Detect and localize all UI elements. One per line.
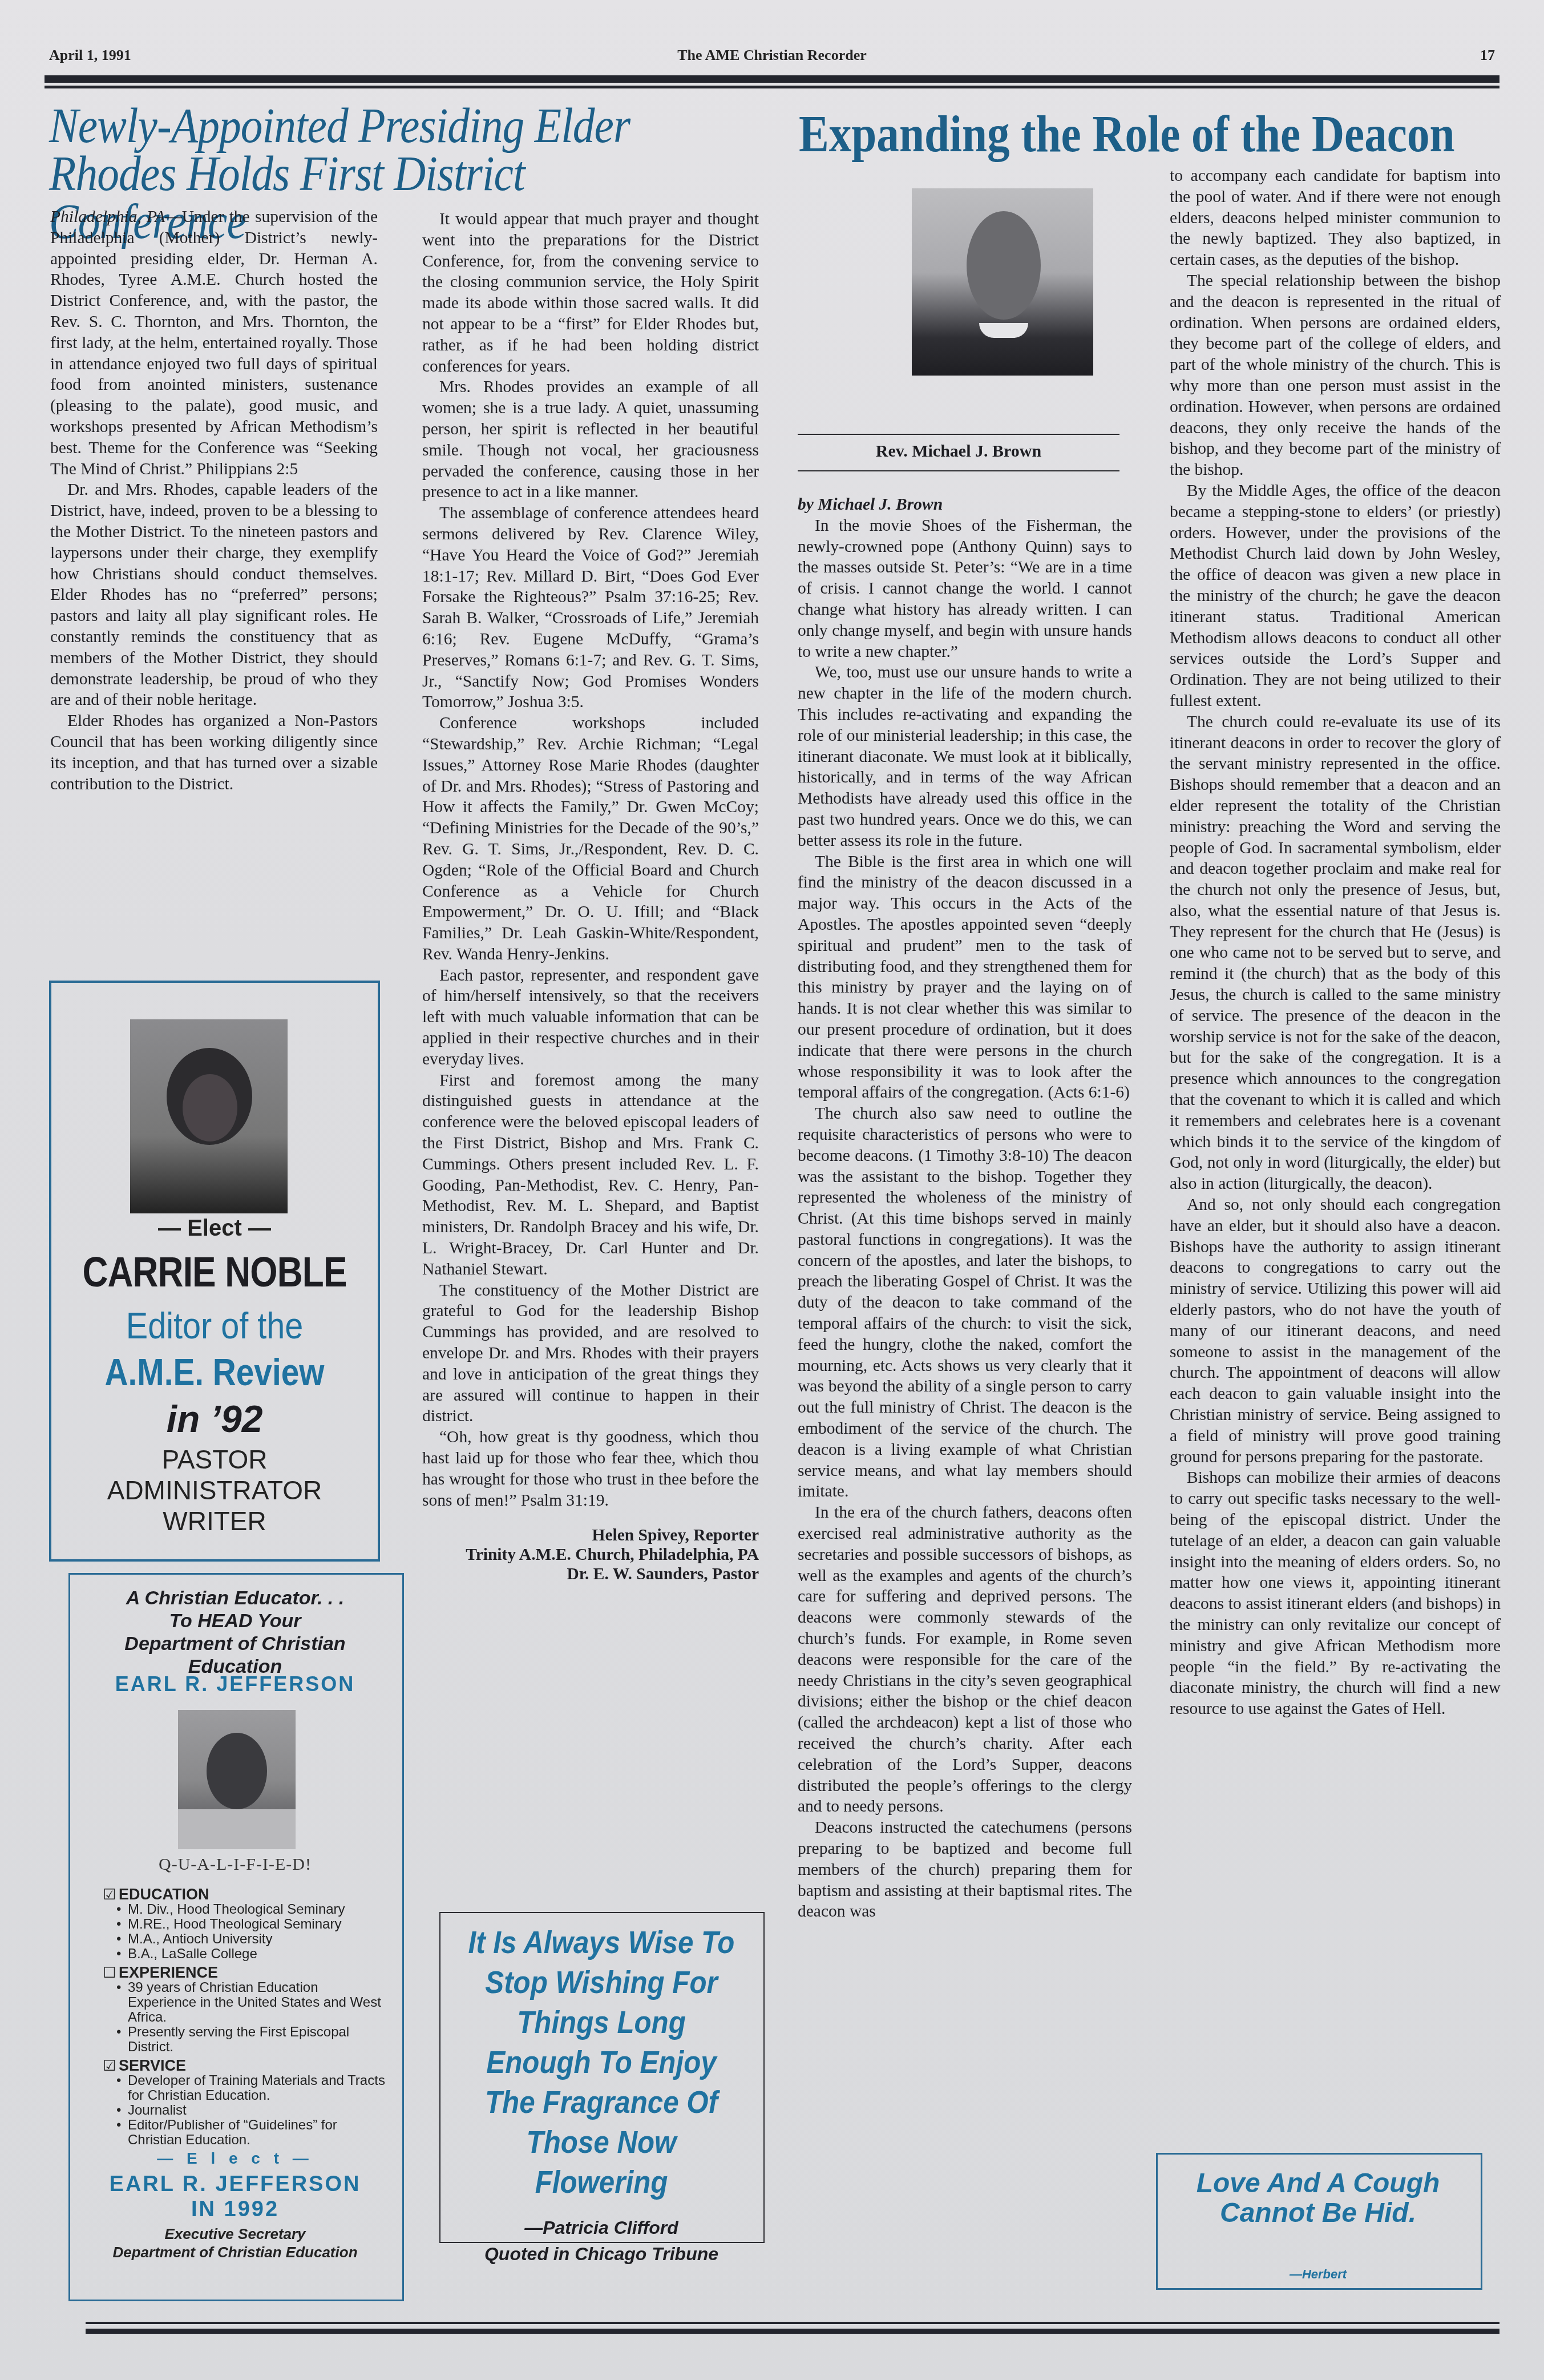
article-paragraph: By the Middle Ages, the office of the de…	[1170, 481, 1501, 712]
list-item: Presently serving the First Episcopal Di…	[128, 2025, 388, 2055]
checkmark-icon: ☑	[103, 1887, 119, 1902]
article-rhodes-column-1: Philadelphia, PA—Under the supervision o…	[50, 207, 378, 794]
jefferson-year: IN 1992	[70, 2197, 401, 2222]
qualified-label: Q-U-A-L-I-F-I-E-D!	[70, 1855, 401, 1874]
article-paragraph: The Bible is the first area in which one…	[798, 852, 1132, 1104]
photo-caption: Rev. Michael J. Brown	[798, 442, 1119, 461]
article-paragraph: In the era of the church fathers, deacon…	[798, 1502, 1132, 1817]
article-paragraph: The assemblage of conference attendees h…	[422, 503, 759, 713]
list-item: M.RE., Hood Theological Seminary	[128, 1917, 388, 1932]
article-paragraph: We, too, must use our unsure hands to wr…	[798, 662, 1132, 851]
article-signoff: Helen Spivey, Reporter Trinity A.M.E. Ch…	[422, 1526, 759, 1584]
article-paragraph: “Oh, how great is thy goodness, which th…	[422, 1427, 759, 1511]
jefferson-name-footer: EARL R. JEFFERSON	[70, 2172, 401, 2197]
michael-brown-photo	[912, 188, 1093, 376]
caption-rule-top	[798, 434, 1119, 435]
page-number: 17	[1480, 47, 1495, 64]
section-experience: ☐EXPERIENCE	[103, 1965, 388, 1980]
carrie-noble-photo	[130, 1019, 288, 1213]
header-rule-thin	[45, 86, 1499, 88]
running-head: April 1, 1991 The AME Christian Recorder…	[49, 47, 1495, 70]
dateline: Philadelphia, PA	[50, 208, 165, 226]
article-paragraph: Mrs. Rhodes provides an example of all w…	[422, 377, 759, 503]
quote-attribution: —Patricia Clifford Quoted in Chicago Tri…	[443, 2214, 760, 2267]
candidate-titles: PASTOR ADMINISTRATOR WRITER	[49, 1444, 380, 1536]
footer-rule-thick	[86, 2329, 1499, 2334]
article-paragraph: Elder Rhodes has organized a Non-Pastors…	[50, 711, 378, 794]
clerical-collar-icon	[979, 323, 1028, 338]
candidate-role-line-2: A.M.E. Review	[72, 1350, 357, 1394]
publication-title: The AME Christian Recorder	[49, 47, 1495, 64]
article-paragraph: The church could re-evaluate its use of …	[1170, 712, 1501, 1195]
article-deacon-column-2: to accompany each candidate for baptism …	[1170, 166, 1501, 1720]
newspaper-page: April 1, 1991 The AME Christian Recorder…	[0, 0, 1544, 2380]
candidate-year: in ’92	[49, 1397, 380, 1441]
article-paragraph: Philadelphia, PA—Under the supervision o…	[50, 207, 378, 479]
article-paragraph: Each pastor, representer, and respondent…	[422, 965, 759, 1070]
article-paragraph: Deacons instructed the catechumens (pers…	[798, 1817, 1132, 1922]
earl-jefferson-photo	[178, 1710, 296, 1849]
section-education: ☑EDUCATION	[103, 1887, 388, 1902]
list-item: Editor/Publisher of “Guidelines” for Chr…	[128, 2118, 388, 2148]
article-paragraph: The special relationship between the bis…	[1170, 271, 1501, 481]
article-paragraph: Conference workshops included “Stewardsh…	[422, 713, 759, 965]
list-item: B.A., LaSalle College	[128, 1947, 388, 1962]
footer-rule-thin	[86, 2322, 1499, 2324]
jefferson-name: EARL R. JEFFERSON	[70, 1672, 401, 1696]
quote-text: Love And A Cough Cannot Be Hid.	[1158, 2169, 1478, 2228]
jefferson-elect-label: — E l e c t —	[70, 2149, 401, 2168]
portrait-face-icon	[207, 1733, 267, 1809]
article-rhodes-column-2: It would appear that much prayer and tho…	[422, 209, 759, 1584]
jefferson-tagline: A Christian Educator. . . To HEAD Your D…	[70, 1587, 401, 1678]
article-paragraph: First and foremost among the many distin…	[422, 1070, 759, 1280]
jefferson-role: Executive Secretary Department of Christ…	[70, 2225, 401, 2261]
article-paragraph: And so, not only should each congregatio…	[1170, 1195, 1501, 1467]
article-paragraph: Bishops can mobilize their armies of dea…	[1170, 1467, 1501, 1720]
article-paragraph: The constituency of the Mother District …	[422, 1280, 759, 1427]
header-rule-thick	[45, 75, 1499, 83]
candidate-role-line-1: Editor of the	[66, 1305, 363, 1347]
candidate-name: CARRIE NOBLE	[75, 1248, 353, 1296]
portrait-face-icon	[183, 1074, 237, 1141]
quote-attribution: —Herbert	[1158, 2267, 1478, 2282]
article-paragraph: In the movie Shoes of the Fisherman, the…	[798, 515, 1132, 663]
headline-deacon: Expanding the Role of the Deacon	[799, 107, 1417, 160]
article-paragraph: The church also saw need to outline the …	[798, 1103, 1132, 1502]
caption-rule-bottom	[798, 470, 1119, 471]
byline: by Michael J. Brown	[798, 494, 1132, 515]
quote-text: It Is Always Wise To Stop Wishing For Th…	[462, 1922, 741, 2202]
portrait-suit-icon	[178, 1809, 296, 1849]
article-paragraph: to accompany each candidate for baptism …	[1170, 166, 1501, 271]
qualifications-list: ☑EDUCATION M. Div., Hood Theological Sem…	[103, 1883, 388, 2148]
article-paragraph: Dr. and Mrs. Rhodes, capable leaders of …	[50, 479, 378, 711]
checkbox-icon: ☐	[103, 1966, 119, 1980]
list-item: M. Div., Hood Theological Seminary	[128, 1902, 388, 1917]
portrait-face-icon	[967, 211, 1041, 320]
section-service: ☑SERVICE	[103, 2058, 388, 2074]
ad-elect-label: — Elect —	[49, 1216, 380, 1241]
list-item: Developer of Training Materials and Trac…	[128, 2074, 388, 2103]
article-paragraph: It would appear that much prayer and tho…	[422, 209, 759, 377]
checkmark-icon: ☑	[103, 2059, 119, 2074]
list-item: M.A., Antioch University	[128, 1932, 388, 1947]
article-deacon-column-1: by Michael J. Brown In the movie Shoes o…	[798, 494, 1132, 1922]
list-item: 39 years of Christian Education Experien…	[128, 1980, 388, 2025]
list-item: Journalist	[128, 2103, 388, 2118]
